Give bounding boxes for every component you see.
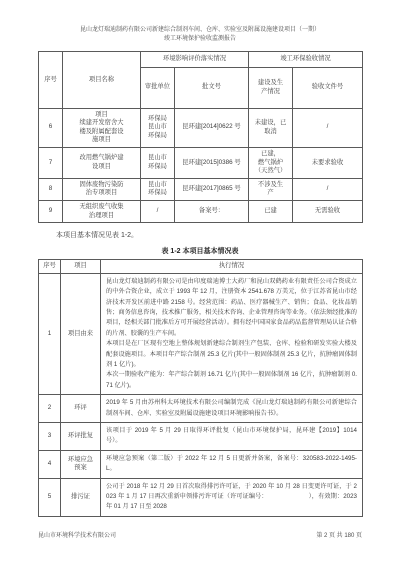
cell-item: 环评批复 bbox=[61, 423, 101, 451]
cell-accept-no: 无需验收 bbox=[293, 200, 363, 222]
cell-seq: 2 bbox=[39, 395, 61, 423]
cell-exec-status: 该项目于 2019 年 5 月 29 日取得环评批复（昆山市环境保护局，昆环建【… bbox=[101, 423, 363, 451]
table-row: 2 环评 2019 年 5 月由苏州科太环境技术有限公司编制完成《昆山龙灯瑞迪制… bbox=[39, 395, 363, 423]
table-row: 5 排污证 公司于 2018 年 12 月 29 日首次取得排污许可证，于 20… bbox=[39, 478, 363, 516]
table-row: 7 改用燃气锅炉建 设项目 昆山市 环保局 昆环建[2015]0386 号 已建… bbox=[39, 147, 363, 178]
table-row: 8 固体废物污染防 治专项项目 昆山市 环保局 昆环建[2017]0865 号 … bbox=[39, 178, 363, 200]
table2-caption: 表 1-2 本项目基本情况表 bbox=[38, 246, 362, 256]
table1-group-eia: 环境影响评价落实情况 bbox=[141, 52, 249, 68]
table1-col-unit: 审批单位 bbox=[141, 67, 175, 108]
cell-seq: 7 bbox=[39, 147, 63, 178]
table-row: 6 项目 续建开发宿舍大 楼及附属配套设 施项目 环保局 昆山市 环保局 昆环建… bbox=[39, 108, 363, 147]
cell-seq: 4 bbox=[39, 450, 61, 478]
cell-seq: 8 bbox=[39, 178, 63, 200]
cell-exec-status: 公司于 2018 年 12 月 29 日首次取得排污许可证，于 2020 年 1… bbox=[101, 478, 363, 516]
table2-col-exec: 执行情况 bbox=[101, 260, 363, 274]
cell-status: 未建设，已 取消 bbox=[249, 108, 293, 147]
cell-project-name: 改用燃气锅炉建 设项目 bbox=[63, 147, 141, 178]
page-header: 昆山龙灯瑞迪制药有限公司新建综合制剂车间、仓库、实验室及附属设施建设项目（一期）… bbox=[38, 26, 362, 43]
cell-item: 环境应急 预案 bbox=[61, 450, 101, 478]
cell-approval-unit: 环保局 昆山市 环保局 bbox=[141, 108, 175, 147]
paragraph-see-table: 本项目基本情况见表 1-2。 bbox=[56, 230, 362, 240]
page-footer: 昆山市环境科学技术有限公司 第 2 页 共 180 页 bbox=[38, 530, 362, 539]
table-project-basic-info: 序号 项目 执行情况 1 项目由来 昆山龙灯瑞迪制药有限公司是由印度瑞迪博士大药… bbox=[38, 259, 363, 517]
table1-col-name: 项目名称 bbox=[63, 52, 141, 109]
cell-status: 已建 bbox=[249, 200, 293, 222]
cell-exec-status: 环境应急预案（第二版）于 2022 年 12 月 5 日更新并备案，备案号：32… bbox=[101, 450, 363, 478]
cell-approval-unit: / bbox=[141, 200, 175, 222]
table-eia-acceptance: 序号 项目名称 环境影响评价落实情况 竣工环保验收情况 审批单位 批文号 建设及… bbox=[38, 51, 363, 223]
table-row: 4 环境应急 预案 环境应急预案（第二版）于 2022 年 12 月 5 日更新… bbox=[39, 450, 363, 478]
cell-doc-no: 昆环建[2015]0386 号 bbox=[175, 147, 249, 178]
cell-exec-status: 2019 年 5 月由苏州科太环境技术有限公司编制完成《昆山龙灯瑞迪制药有限公司… bbox=[101, 395, 363, 423]
cell-seq: 3 bbox=[39, 423, 61, 451]
table2-col-seq: 序号 bbox=[39, 260, 61, 274]
cell-item: 排污证 bbox=[61, 478, 101, 516]
cell-doc-no: 备案号： bbox=[175, 200, 249, 222]
table1-group-acceptance: 竣工环保验收情况 bbox=[249, 52, 363, 68]
table-row: 3 环评批复 该项目于 2019 年 5 月 29 日取得环评批复（昆山市环境保… bbox=[39, 423, 363, 451]
cell-accept-no: / bbox=[293, 178, 363, 200]
table2-col-item: 项目 bbox=[61, 260, 101, 274]
table1-header-row1: 序号 项目名称 环境影响评价落实情况 竣工环保验收情况 bbox=[39, 52, 363, 68]
table-row: 9 无组织废气收集 治理项目 / 备案号： 已建 无需验收 bbox=[39, 200, 363, 222]
cell-accept-no: 未要求验收 bbox=[293, 147, 363, 178]
cell-status: 已建， 燃气锅炉 （天然气） bbox=[249, 147, 293, 178]
cell-project-name: 无组织废气收集 治理项目 bbox=[63, 200, 141, 222]
table1-col-accept: 验收文件号 bbox=[293, 67, 363, 108]
table1-col-doc: 批文号 bbox=[175, 67, 249, 108]
cell-status: 不涉及生 产 bbox=[249, 178, 293, 200]
table-row: 1 项目由来 昆山龙灯瑞迪制药有限公司是由印度瑞迪博士大药厂和昆山双鹤药业有限责… bbox=[39, 273, 363, 394]
cell-accept-no: / bbox=[293, 108, 363, 147]
footer-page-number: 第 2 页 共 180 页 bbox=[316, 530, 362, 539]
cell-seq: 6 bbox=[39, 108, 63, 147]
cell-item: 项目由来 bbox=[61, 273, 101, 394]
page-header-line1: 昆山龙灯瑞迪制药有限公司新建综合制剂车间、仓库、实验室及附属设施建设项目（一期） bbox=[38, 26, 362, 35]
document-page: 昆山龙灯瑞迪制药有限公司新建综合制剂车间、仓库、实验室及附属设施建设项目（一期）… bbox=[0, 0, 400, 565]
cell-project-name: 项目 续建开发宿舍大 楼及附属配套设 施项目 bbox=[63, 108, 141, 147]
footer-company: 昆山市环境科学技术有限公司 bbox=[38, 530, 116, 539]
table1-col-status: 建设及生 产情况 bbox=[249, 67, 293, 108]
cell-seq: 9 bbox=[39, 200, 63, 222]
cell-approval-unit: 昆山市 环保局 bbox=[141, 178, 175, 200]
cell-doc-no: 昆环建[2014]0622 号 bbox=[175, 108, 249, 147]
cell-seq: 1 bbox=[39, 273, 61, 394]
cell-approval-unit: 昆山市 环保局 bbox=[141, 147, 175, 178]
cell-exec-status: 昆山龙灯瑞迪制药有限公司是由印度瑞迪博士大药厂和昆山双鹤药业有限责任公司合资成立… bbox=[101, 273, 363, 394]
table2-header-row: 序号 项目 执行情况 bbox=[39, 260, 363, 274]
table1-col-seq: 序号 bbox=[39, 52, 63, 109]
cell-seq: 5 bbox=[39, 478, 61, 516]
page-header-line2: 竣工环境保护验收监测报告 bbox=[38, 35, 362, 44]
cell-doc-no: 昆环建[2017]0865 号 bbox=[175, 178, 249, 200]
cell-project-name: 固体废物污染防 治专项项目 bbox=[63, 178, 141, 200]
cell-item: 环评 bbox=[61, 395, 101, 423]
